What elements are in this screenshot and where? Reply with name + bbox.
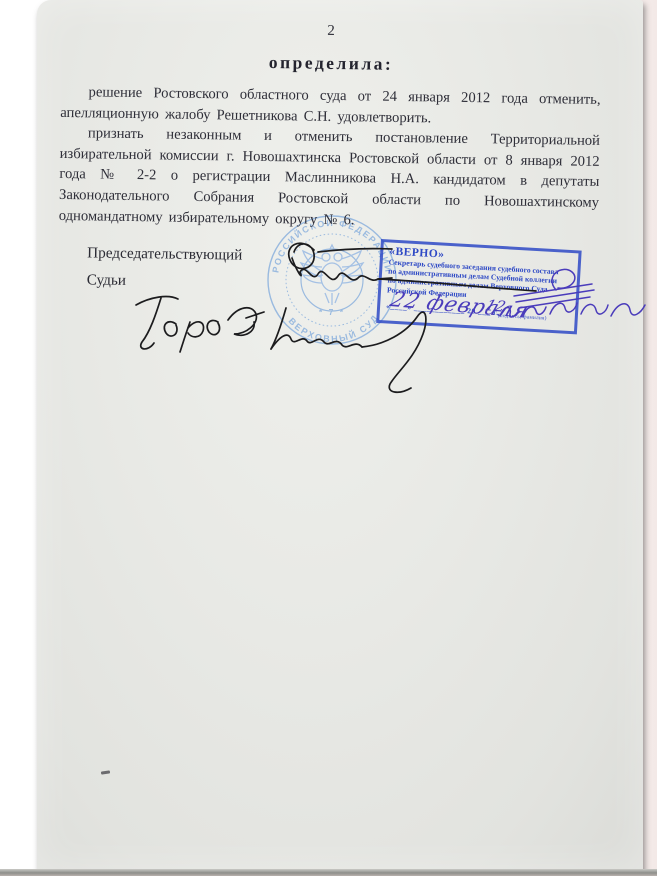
presiding-judge-label: Председательствующий bbox=[87, 244, 242, 264]
ruling-heading: определила: bbox=[61, 49, 601, 78]
page-number: 2 bbox=[61, 19, 601, 44]
scan-bottom-edge bbox=[0, 869, 657, 876]
judges-label: Судьи bbox=[87, 271, 242, 291]
document-content: 2 определила: решение Ростовского област… bbox=[24, 0, 643, 875]
signature-labels: Председательствующий Судьи bbox=[87, 244, 243, 300]
ruling-body: решение Ростовского областного суда от 2… bbox=[59, 82, 601, 234]
